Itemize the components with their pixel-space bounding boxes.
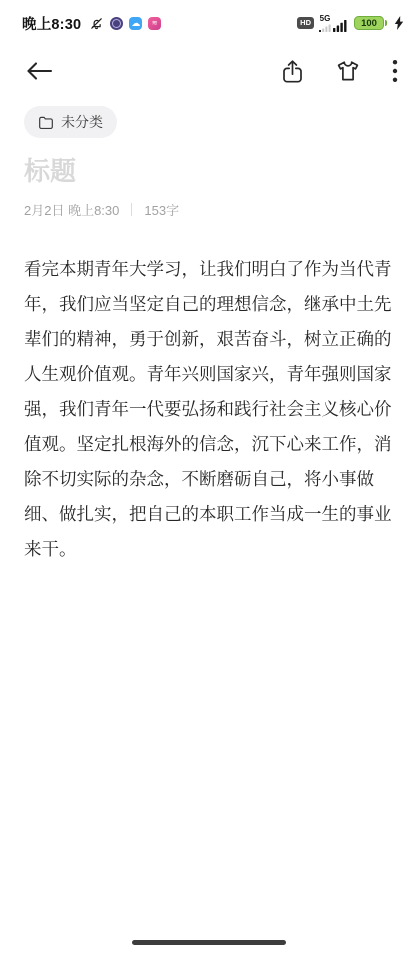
hd-badge: HD xyxy=(297,17,314,30)
bell-muted-icon xyxy=(89,16,104,31)
note-editor: 未分类 标题 2月2日 晚上8:30 153字 看完本期青年大学习，让我们明白了… xyxy=(0,100,418,567)
network-type-label: 5G xyxy=(320,15,331,23)
status-bar: 晚上8:30 ☁ ≋ HD 5G xyxy=(0,0,418,40)
home-indicator[interactable] xyxy=(132,940,286,945)
share-icon xyxy=(281,59,304,84)
note-body-text[interactable]: 看完本期青年大学习，让我们明白了作为当代青年，我们应当坚定自己的理想信念，继承中… xyxy=(24,252,394,567)
category-label: 未分类 xyxy=(61,112,103,132)
note-date: 2月2日 晚上8:30 xyxy=(24,200,119,219)
category-chip[interactable]: 未分类 xyxy=(24,106,117,138)
folder-icon xyxy=(38,115,54,130)
pink-app-notification-icon: ≋ xyxy=(148,17,161,30)
more-menu-button[interactable] xyxy=(392,59,398,83)
battery-indicator: 100 xyxy=(354,16,387,31)
battery-level: 100 xyxy=(354,16,384,31)
status-time: 晚上8:30 xyxy=(22,13,81,34)
network-type-and-sim1-signal: 5G xyxy=(319,15,331,32)
status-bar-right: HD 5G 1 xyxy=(297,15,404,32)
note-char-count: 153字 xyxy=(144,200,179,219)
tshirt-icon xyxy=(335,59,361,83)
charging-bolt-icon xyxy=(394,16,404,30)
signal-bars-sim2-icon xyxy=(333,19,347,32)
back-button[interactable] xyxy=(24,58,54,84)
status-bar-left: 晚上8:30 ☁ ≋ xyxy=(22,13,161,34)
more-vertical-icon xyxy=(392,59,398,83)
share-button[interactable] xyxy=(281,59,304,84)
cloud-app-notification-icon: ☁ xyxy=(129,17,142,30)
notes-app-screen: 晚上8:30 ☁ ≋ HD 5G xyxy=(0,0,418,953)
purple-app-notification-icon xyxy=(110,17,123,30)
back-arrow-icon xyxy=(24,58,54,84)
signal-cluster: 5G xyxy=(319,15,347,32)
nav-actions xyxy=(281,59,398,84)
note-title-placeholder[interactable]: 标题 xyxy=(24,153,394,189)
note-meta: 2月2日 晚上8:30 153字 xyxy=(24,200,394,219)
signal-bars-sim1-icon xyxy=(319,24,331,32)
theme-button[interactable] xyxy=(335,59,361,83)
battery-tip xyxy=(385,20,387,26)
nav-bar xyxy=(0,42,418,100)
meta-divider xyxy=(131,203,132,216)
